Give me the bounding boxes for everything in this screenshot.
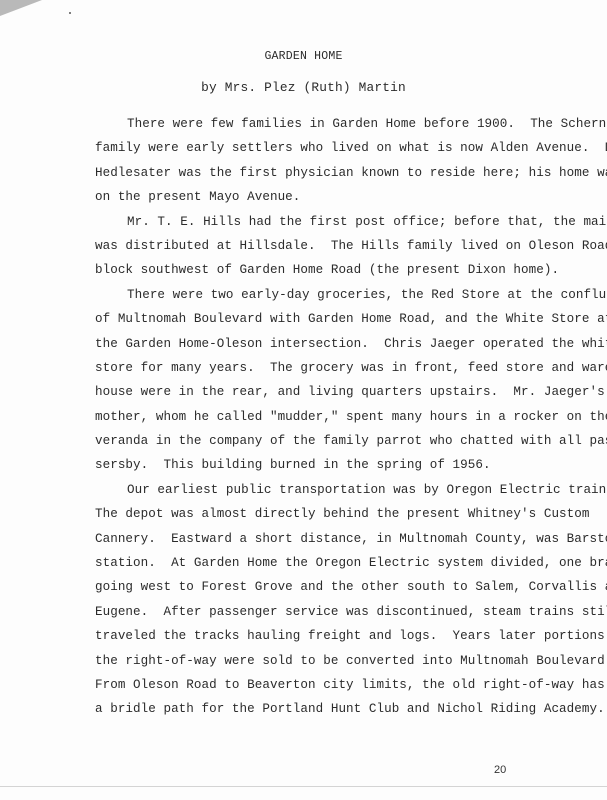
text-line: store for many years. The grocery was in…: [95, 356, 575, 380]
text-line: From Oleson Road to Beaverton city limit…: [95, 673, 575, 697]
body-text: There were few families in Garden Home b…: [95, 112, 575, 722]
paragraph-first-line: Mr. T. E. Hills had the first post offic…: [95, 210, 575, 234]
scan-shadow-corner: [0, 0, 42, 16]
text-line: of Multnomah Boulevard with Garden Home …: [95, 307, 575, 331]
text-line: station. At Garden Home the Oregon Elect…: [95, 551, 575, 575]
text-line: the right-of-way were sold to be convert…: [95, 649, 575, 673]
text-line: The depot was almost directly behind the…: [95, 502, 575, 526]
text-line: block southwest of Garden Home Road (the…: [95, 258, 575, 282]
page-edge-rule: [0, 786, 607, 787]
paragraph-first-line: Our earliest public transportation was b…: [95, 478, 575, 502]
text-line: a bridle path for the Portland Hunt Club…: [95, 697, 575, 721]
text-line: Eugene. After passenger service was disc…: [95, 600, 575, 624]
text-line: house were in the rear, and living quart…: [95, 380, 575, 404]
text-line: sersby. This building burned in the spri…: [95, 453, 575, 477]
text-line: on the present Mayo Avenue.: [95, 185, 575, 209]
paragraph-first-line: There were few families in Garden Home b…: [95, 112, 575, 136]
author-byline: by Mrs. Plez (Ruth) Martin: [0, 80, 607, 95]
text-line: traveled the tracks hauling freight and …: [95, 624, 575, 648]
text-line: mother, whom he called "mudder," spent m…: [95, 405, 575, 429]
text-line: the Garden Home-Oleson intersection. Chr…: [95, 332, 575, 356]
paragraph-first-line: There were two early-day groceries, the …: [95, 283, 575, 307]
text-line: veranda in the company of the family par…: [95, 429, 575, 453]
text-line: family were early settlers who lived on …: [95, 136, 575, 160]
text-line: going west to Forest Grove and the other…: [95, 575, 575, 599]
text-line: was distributed at Hillsdale. The Hills …: [95, 234, 575, 258]
text-line: Hedlesater was the first physician known…: [95, 161, 575, 185]
scan-speck: [69, 12, 71, 14]
page-title: GARDEN HOME: [0, 50, 607, 63]
text-line: Cannery. Eastward a short distance, in M…: [95, 527, 575, 551]
page-number: 20: [494, 764, 506, 776]
